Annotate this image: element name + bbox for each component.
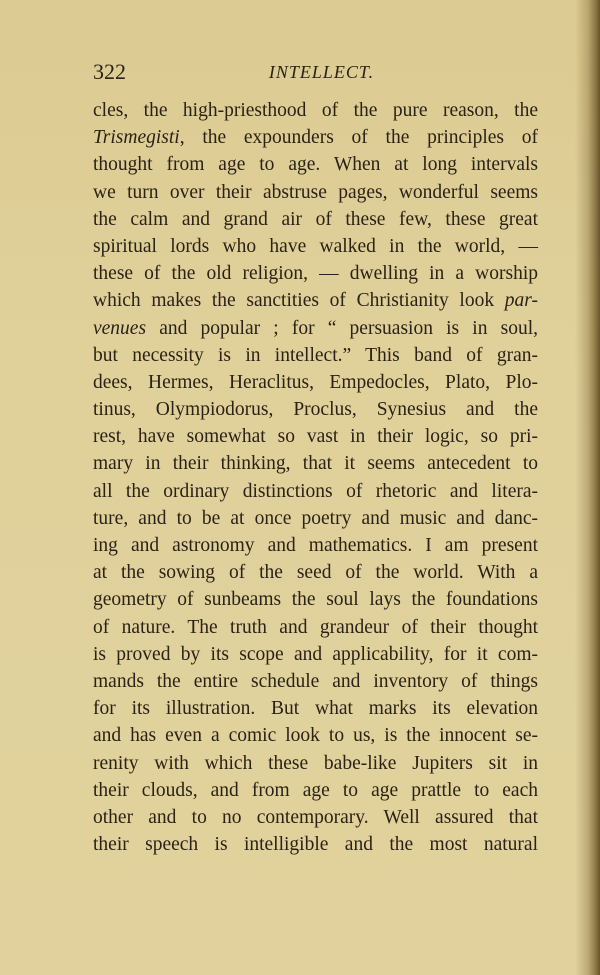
text-segment: is proved by its scope and applicability…: [93, 644, 538, 665]
text-line: dees, Hermes, Heraclitus, Empedocles, Pl…: [93, 369, 538, 396]
text-line: ture, and to be at once poetry and music…: [93, 505, 538, 532]
text-line: Trismegisti, the expounders of the princ…: [93, 124, 538, 151]
text-segment: we turn over their abstruse pages, wonde…: [93, 182, 538, 203]
running-title: INTELLECT.: [93, 58, 538, 86]
text-segment: which makes the sanctities of Christiani…: [93, 290, 505, 311]
text-segment: geometry of sunbeams the soul lays the f…: [93, 589, 538, 610]
text-line: their clouds, and from age to age prattl…: [93, 777, 538, 804]
italic-text: venues: [93, 318, 146, 339]
text-line: which makes the sanctities of Christiani…: [93, 287, 538, 314]
text-segment: mands the entire schedule and inventory …: [93, 671, 538, 692]
text-line: geometry of sunbeams the soul lays the f…: [93, 586, 538, 613]
text-line: cles, the high-priesthood of the pure re…: [93, 97, 538, 124]
text-line: for its illustration. But what marks its…: [93, 695, 538, 722]
text-segment: but necessity is in intellect.” This ban…: [93, 345, 538, 366]
text-line: thought from age to age. When at long in…: [93, 151, 538, 178]
text-line: mary in their thinking, that it seems an…: [93, 450, 538, 477]
text-segment: rest, have somewhat so vast in their log…: [93, 426, 538, 447]
body-text: cles, the high-priesthood of the pure re…: [93, 97, 538, 858]
text-line: rest, have somewhat so vast in their log…: [93, 423, 538, 450]
italic-text: Trismegisti: [93, 127, 180, 148]
text-line: we turn over their abstruse pages, wonde…: [93, 179, 538, 206]
text-line: at the sowing of the seed of the world. …: [93, 559, 538, 586]
text-line: these of the old religion, — dwelling in…: [93, 260, 538, 287]
text-segment: dees, Hermes, Heraclitus, Empedocles, Pl…: [93, 372, 538, 393]
text-segment: cles, the high-priesthood of the pure re…: [93, 100, 538, 121]
text-segment: other and to no contemporary. Well assur…: [93, 807, 538, 828]
text-segment: tinus, Olympiodorus, Proclus, Synesius a…: [93, 399, 538, 420]
text-segment: for its illustration. But what marks its…: [93, 698, 538, 719]
text-line: other and to no contemporary. Well assur…: [93, 804, 538, 831]
text-segment: mary in their thinking, that it seems an…: [93, 453, 538, 474]
italic-text: par-: [505, 290, 538, 311]
text-segment: and popular ; for “ persuasion is in sou…: [146, 318, 538, 339]
text-line: and has even a comic look to us, is the …: [93, 722, 538, 749]
text-segment: their clouds, and from age to age prattl…: [93, 780, 538, 801]
text-segment: and has even a comic look to us, is the …: [93, 725, 538, 746]
page-header: 322 INTELLECT.: [93, 58, 538, 86]
text-line: mands the entire schedule and inventory …: [93, 668, 538, 695]
text-line: tinus, Olympiodorus, Proclus, Synesius a…: [93, 396, 538, 423]
text-segment: their speech is intelligible and the mos…: [93, 834, 538, 855]
text-line: ing and astronomy and mathematics. I am …: [93, 532, 538, 559]
text-segment: all the ordinary distinctions of rhetori…: [93, 481, 538, 502]
text-segment: ing and astronomy and mathematics. I am …: [93, 535, 538, 556]
text-line: spiritual lords who have walked in the w…: [93, 233, 538, 260]
book-page: 322 INTELLECT. cles, the high-priesthood…: [0, 0, 600, 975]
text-line: renity with which these babe-like Jupite…: [93, 750, 538, 777]
text-line: their speech is intelligible and the mos…: [93, 831, 538, 858]
text-segment: of nature. The truth and grandeur of the…: [93, 617, 538, 638]
text-segment: at the sowing of the seed of the world. …: [93, 562, 538, 583]
text-line: the calm and grand air of these few, the…: [93, 206, 538, 233]
text-line: but necessity is in intellect.” This ban…: [93, 342, 538, 369]
text-segment: ture, and to be at once poetry and music…: [93, 508, 538, 529]
text-segment: the calm and grand air of these few, the…: [93, 209, 538, 230]
text-segment: renity with which these babe-like Jupite…: [93, 753, 538, 774]
text-line: venues and popular ; for “ persuasion is…: [93, 315, 538, 342]
text-line: is proved by its scope and applicability…: [93, 641, 538, 668]
text-segment: spiritual lords who have walked in the w…: [93, 236, 538, 257]
text-line: all the ordinary distinctions of rhetori…: [93, 478, 538, 505]
text-segment: , the expounders of the principles of: [180, 127, 538, 148]
text-line: of nature. The truth and grandeur of the…: [93, 614, 538, 641]
text-segment: these of the old religion, — dwelling in…: [93, 263, 538, 284]
text-segment: thought from age to age. When at long in…: [93, 154, 538, 175]
